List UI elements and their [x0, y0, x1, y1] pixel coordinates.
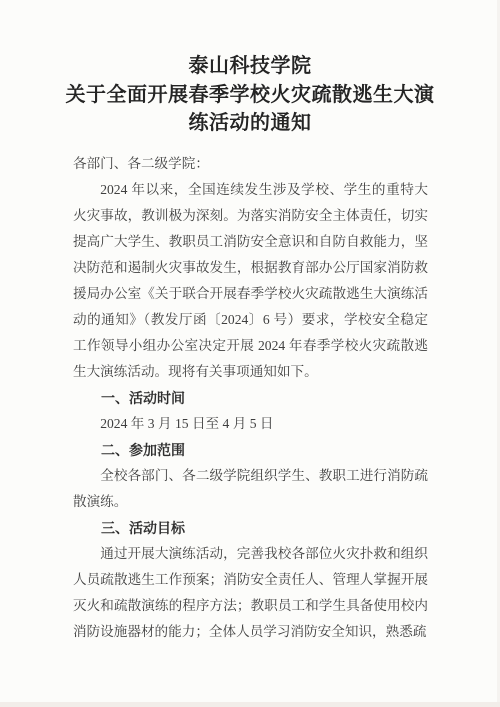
issuing-organization: 泰山科技学院: [63, 52, 437, 81]
section-1-content: 2024 年 3 月 15 日至 4 月 5 日: [73, 411, 428, 437]
section-3-heading: 三、活动目标: [73, 515, 428, 541]
photo-bottom-edge: [0, 702, 500, 707]
section-1-heading: 一、活动时间: [73, 385, 428, 411]
document-body: 各部门、各二级学院： 2024 年以来，全国连续发生涉及学校、学生的重特大火灾事…: [73, 151, 428, 645]
document-title-block: 泰山科技学院 关于全面开展春季学校火灾疏散逃生大演练活动的通知: [63, 52, 437, 138]
document-title: 关于全面开展春季学校火灾疏散逃生大演练活动的通知: [63, 81, 437, 138]
document-page: 泰山科技学院 关于全面开展春季学校火灾疏散逃生大演练活动的通知 各部门、各二级学…: [0, 0, 500, 707]
intro-paragraph: 2024 年以来，全国连续发生涉及学校、学生的重特大火灾事故，教训极为深刻。为落…: [73, 177, 428, 385]
section-3-content: 通过开展大演练活动，完善我校各部位火灾扑救和组织人员疏散逃生工作预案；消防安全责…: [73, 541, 428, 645]
salutation: 各部门、各二级学院：: [73, 151, 428, 177]
section-2-content: 全校各部门、各二级学院组织学生、教职工进行消防疏散演练。: [73, 463, 428, 515]
section-2-heading: 二、参加范围: [73, 437, 428, 463]
